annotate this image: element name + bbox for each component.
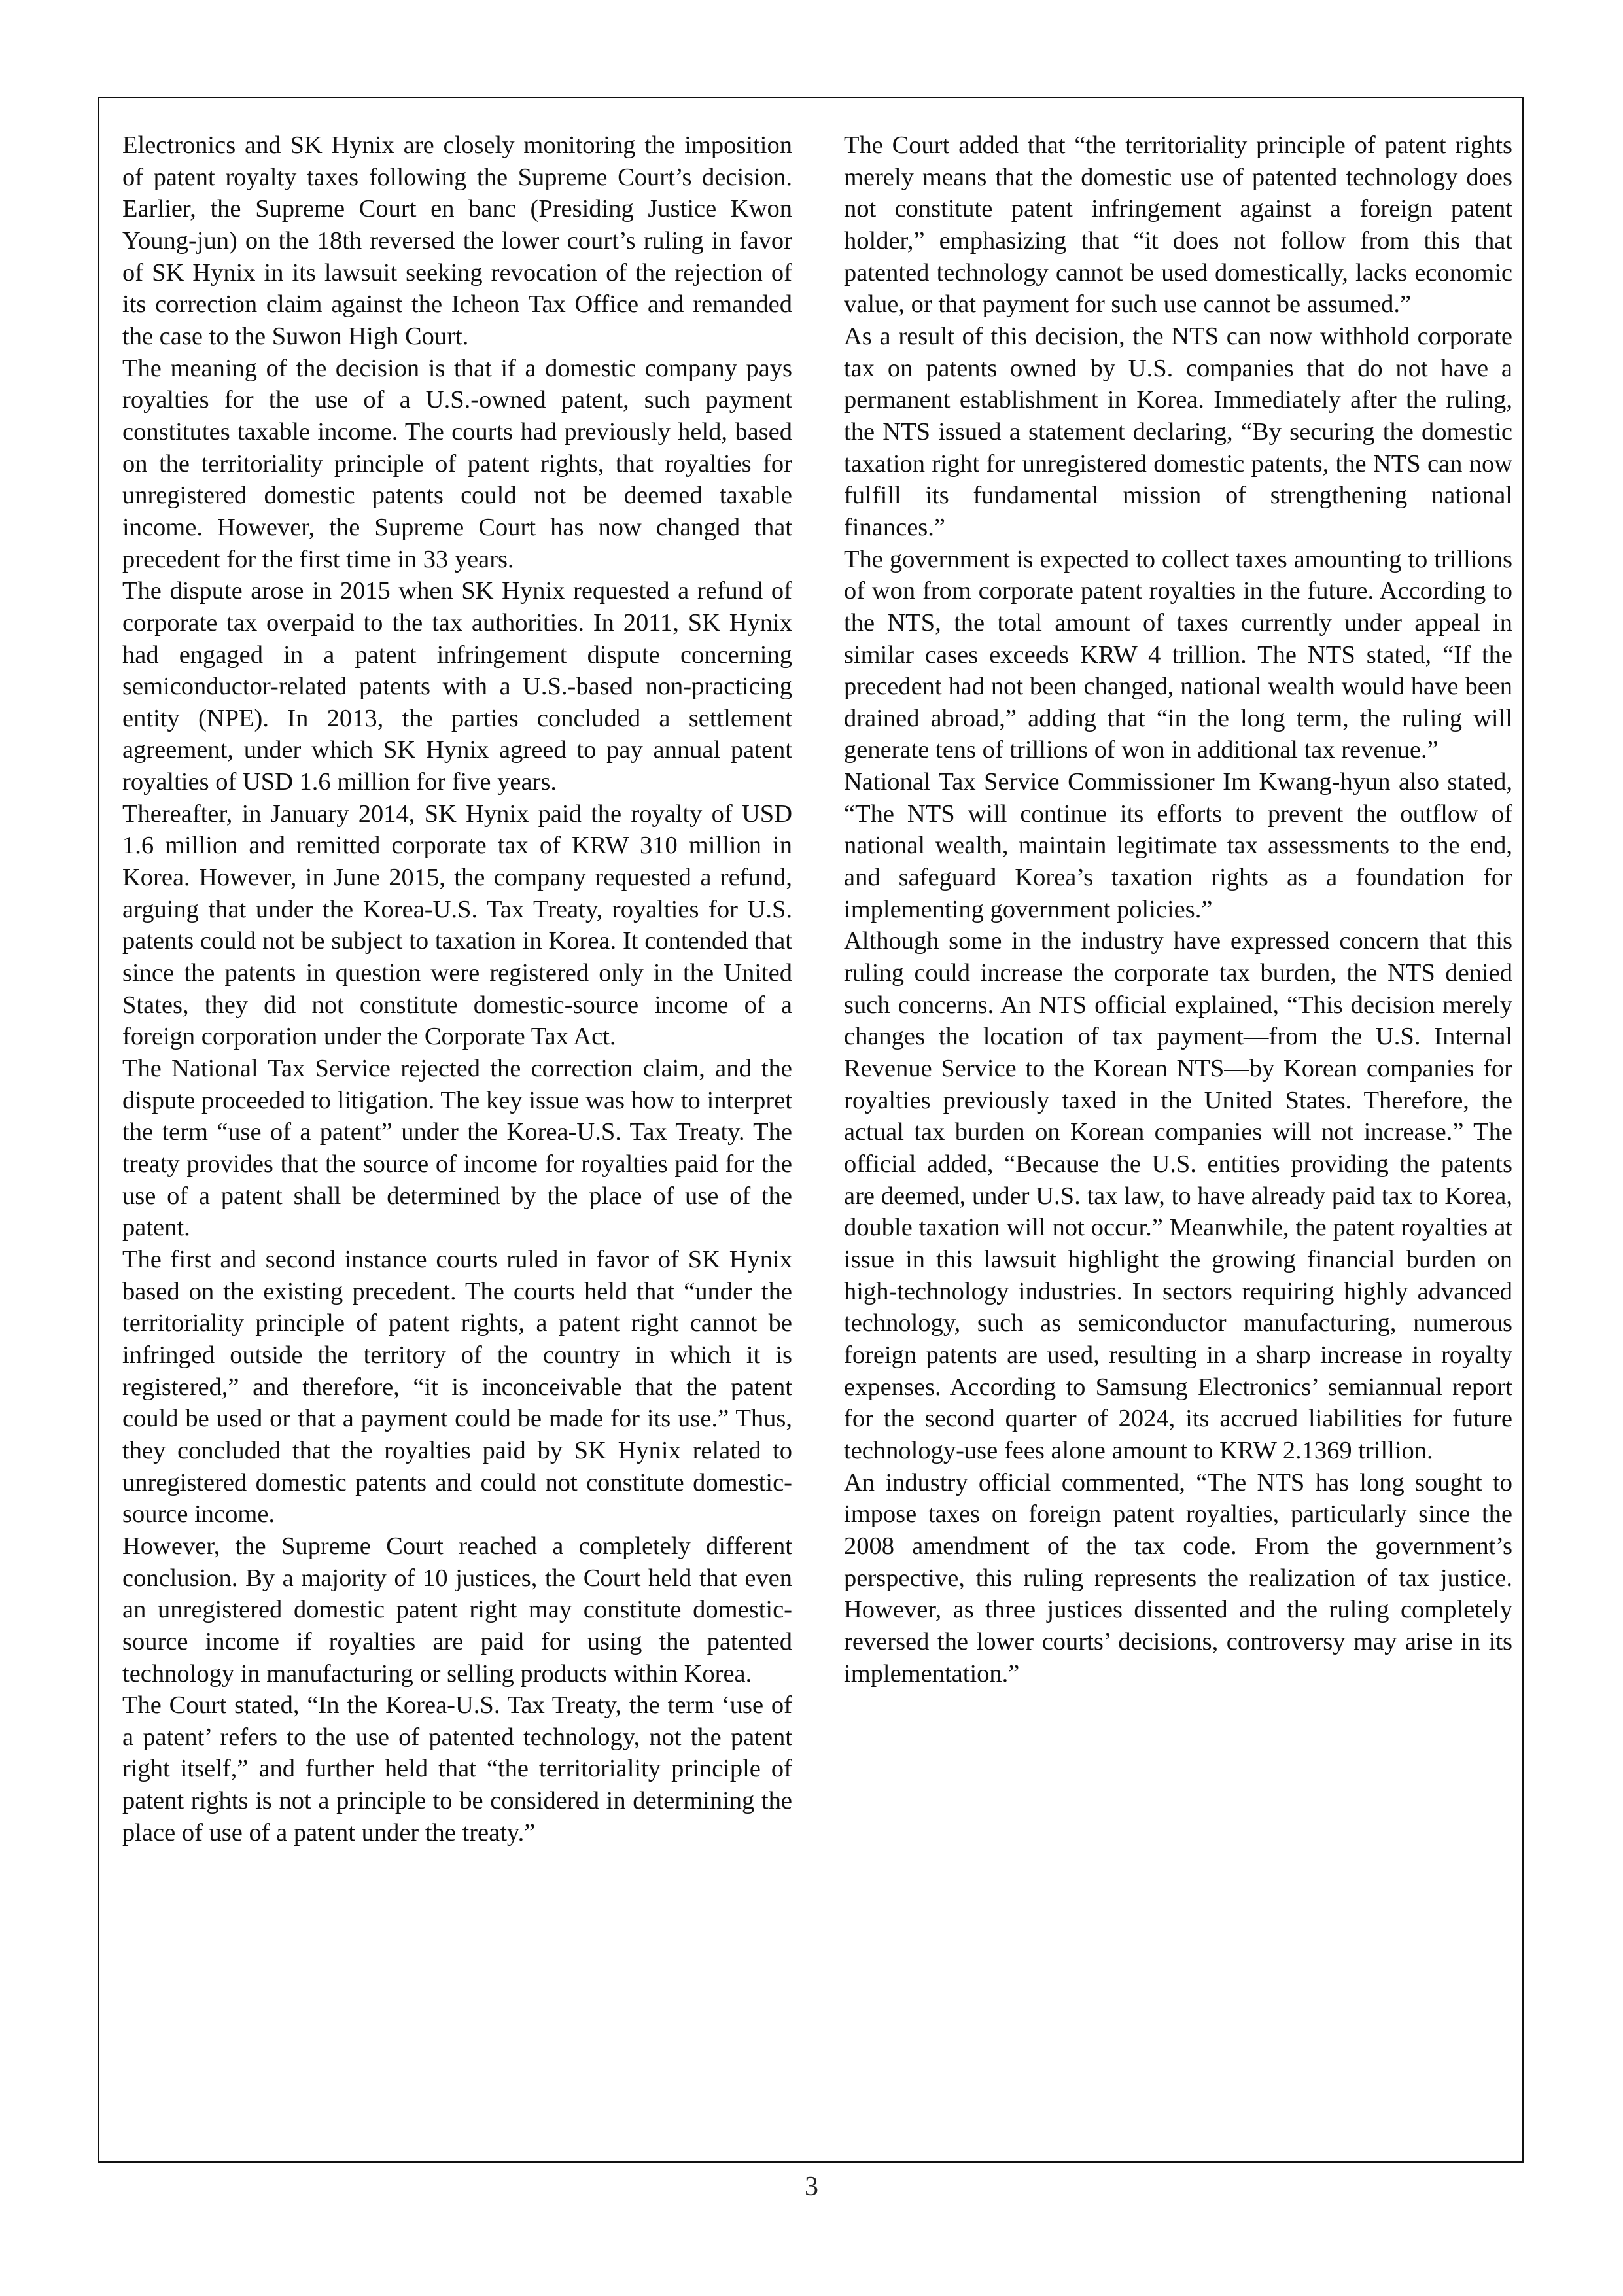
- paragraph: An industry official commented, “The NTS…: [844, 1467, 1512, 1690]
- paragraph: The first and second instance courts rul…: [122, 1244, 792, 1530]
- paragraph: As a result of this decision, the NTS ca…: [844, 321, 1512, 544]
- left-column: Electronics and SK Hynix are closely mon…: [122, 130, 792, 1848]
- paragraph: However, the Supreme Court reached a com…: [122, 1530, 792, 1689]
- paragraph: National Tax Service Commissioner Im Kwa…: [844, 766, 1512, 925]
- paragraph: The dispute arose in 2015 when SK Hynix …: [122, 575, 792, 798]
- page-number: 3: [0, 2171, 1623, 2202]
- paragraph: The Court stated, “In the Korea-U.S. Tax…: [122, 1689, 792, 1848]
- paragraph: Electronics and SK Hynix are closely mon…: [122, 130, 792, 353]
- paragraph: The government is expected to collect ta…: [844, 544, 1512, 767]
- paragraph: The National Tax Service rejected the co…: [122, 1053, 792, 1244]
- paragraph: Although some in the industry have expre…: [844, 925, 1512, 1466]
- paragraph: The meaning of the decision is that if a…: [122, 353, 792, 576]
- paragraph: The Court added that “the territoriality…: [844, 130, 1512, 321]
- right-column: The Court added that “the territoriality…: [844, 130, 1512, 1689]
- paragraph: Thereafter, in January 2014, SK Hynix pa…: [122, 798, 792, 1053]
